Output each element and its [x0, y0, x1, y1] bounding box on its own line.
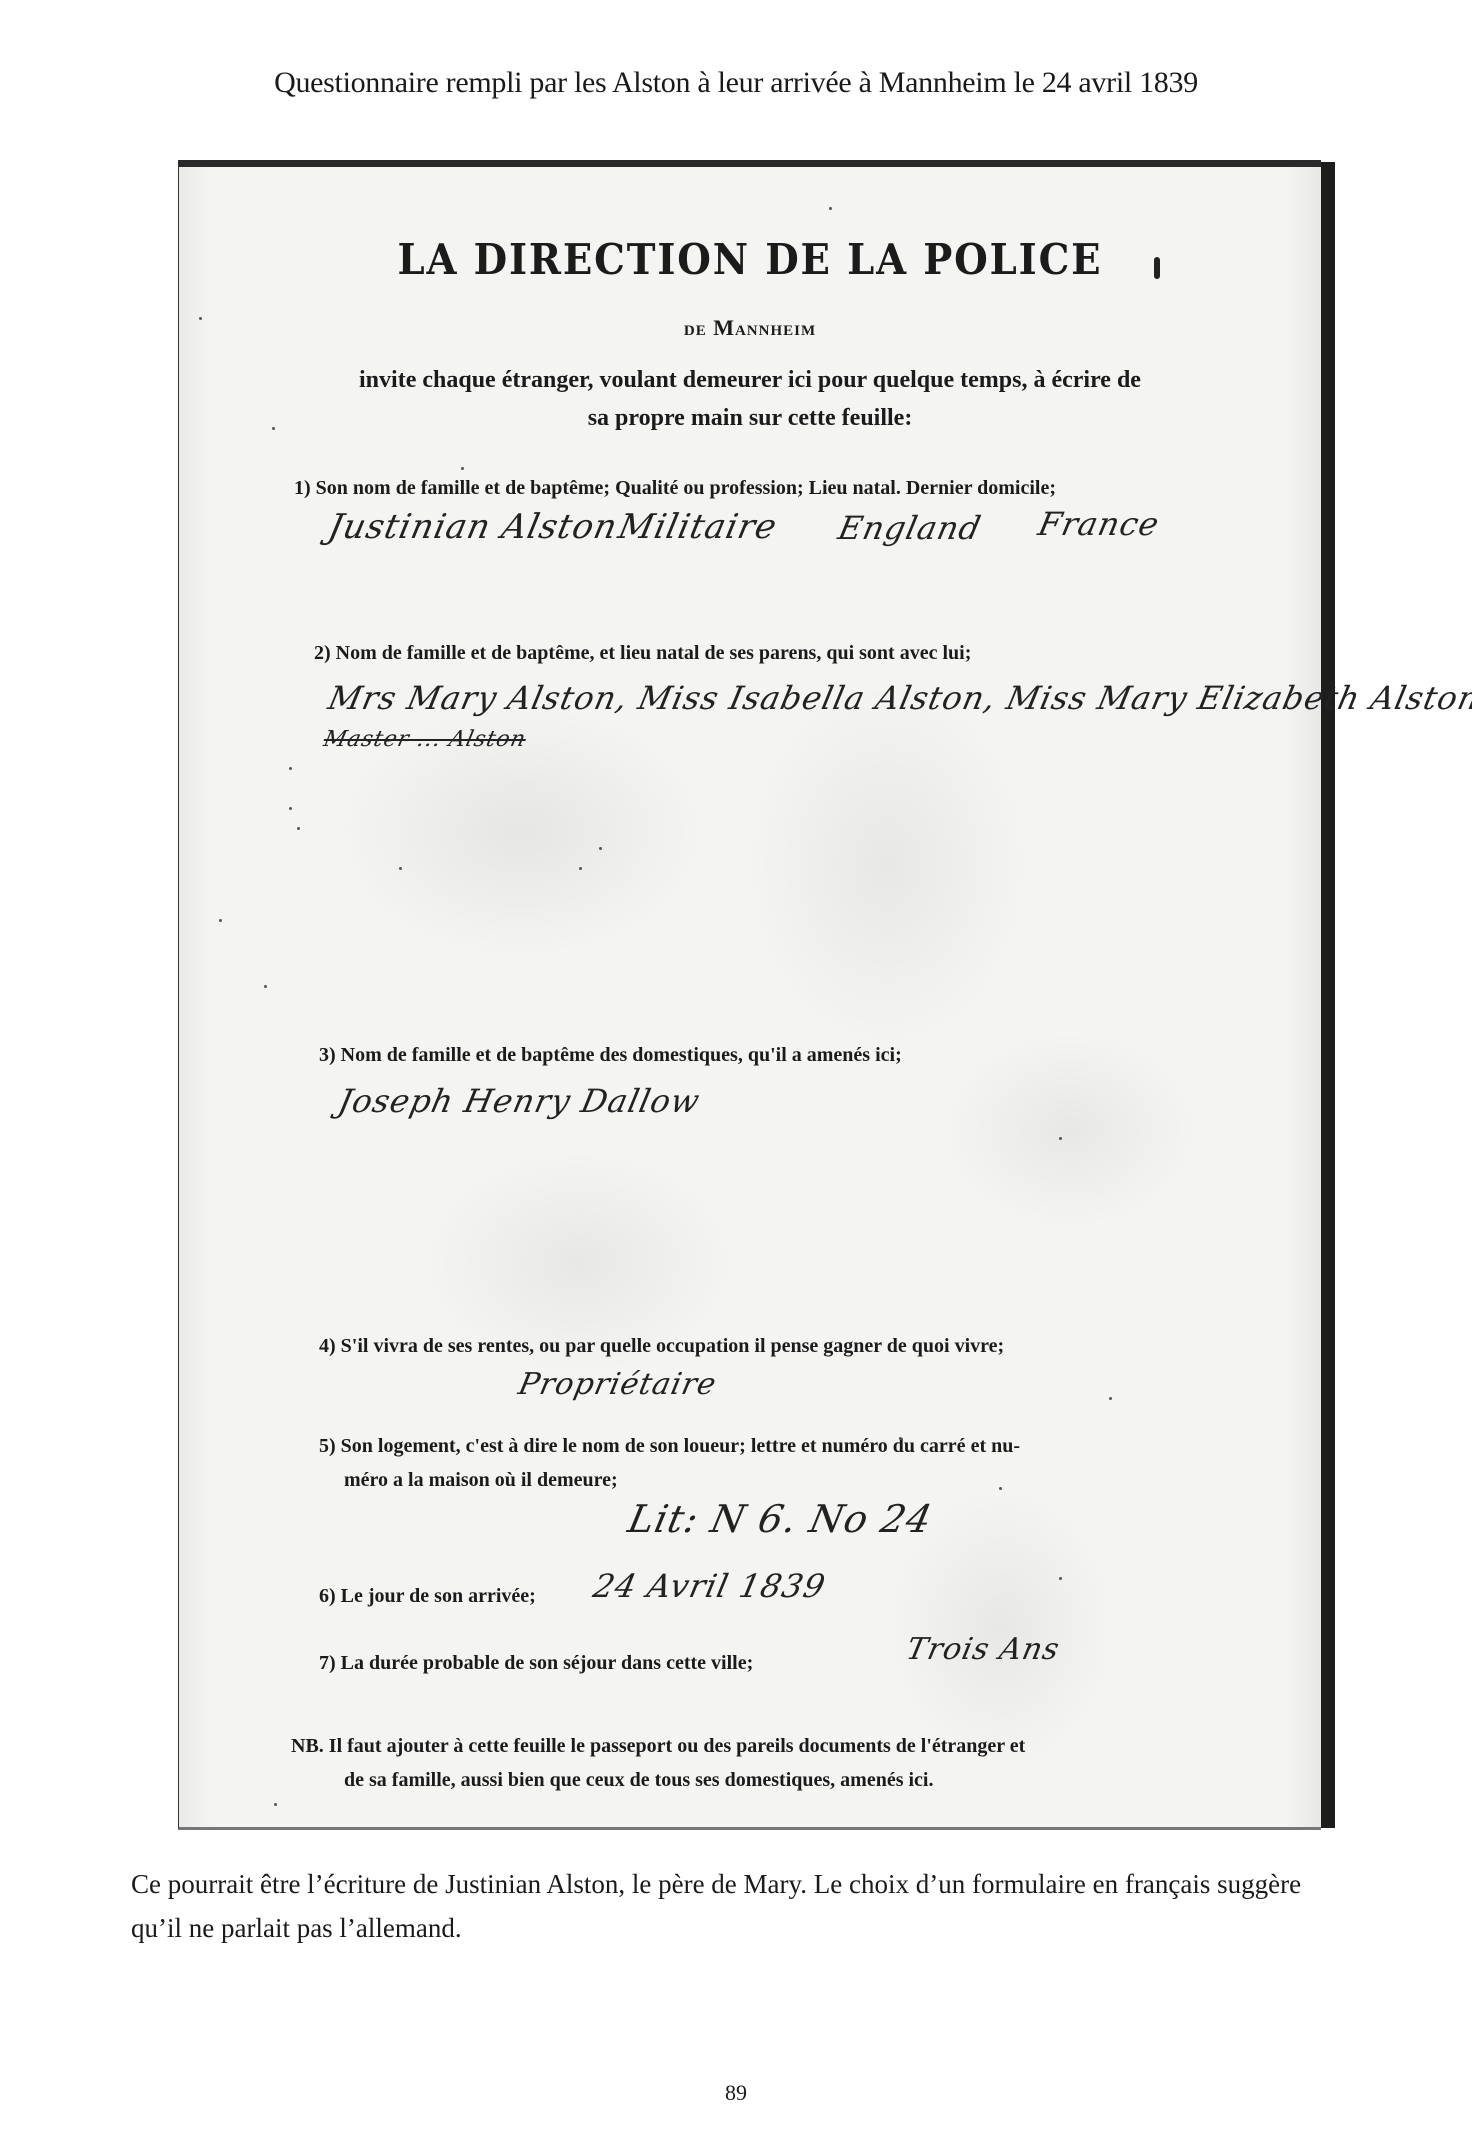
question-6-label: 6) Le jour de son arrivée;: [319, 1585, 536, 1608]
scan-speck: [899, 1437, 902, 1440]
answer-1-name: Justinian Alston: [325, 507, 622, 547]
scan-speck: [579, 867, 582, 870]
scan-speck: [599, 847, 602, 850]
answer-3-servants: Joseph Henry Dallow: [335, 1082, 704, 1120]
scan-speck: [829, 207, 832, 210]
answer-1-profession: Militaire: [615, 507, 781, 547]
question-2-label: 2) Nom de famille et de baptême, et lieu…: [314, 642, 971, 665]
answer-7-duration: Trois Ans: [903, 1632, 1063, 1667]
scan-speck: [219, 919, 222, 922]
scanned-form-image: LA DIRECTION DE LA POLICE de Mannheim in…: [178, 160, 1321, 1830]
scan-speck: [289, 807, 292, 810]
answer-2-struck-out: Master ... Alston: [321, 727, 528, 752]
nb-note-line-1: NB. Il faut ajouter à cette feuille le p…: [291, 1735, 1025, 1758]
question-1-label: 1) Son nom de famille et de baptême; Qua…: [294, 477, 1056, 500]
scan-speck: [999, 1487, 1002, 1490]
ink-blot: [1154, 257, 1160, 279]
answer-1-birthplace: England: [835, 509, 985, 547]
form-heading: LA DIRECTION DE LA POLICE: [225, 235, 1276, 284]
answer-6-arrival-date: 24 Avril 1839: [590, 1567, 829, 1605]
scan-speck: [272, 427, 275, 430]
scan-speck: [289, 767, 292, 770]
scan-speck: [1059, 1577, 1062, 1580]
question-4-label: 4) S'il vivra de ses rentes, ou par quel…: [319, 1335, 1004, 1358]
scan-speck: [1109, 1397, 1112, 1400]
scan-speck: [1059, 1137, 1062, 1140]
question-7-label: 7) La durée probable de son séjour dans …: [319, 1652, 753, 1675]
answer-2-relatives: Mrs Mary Alston, Miss Isabella Alston, M…: [325, 679, 1472, 717]
answer-5-lodging: Lit: N 6. No 24: [624, 1497, 936, 1541]
form-intro-line-2: sa propre main sur cette feuille:: [179, 405, 1321, 432]
question-5-label-line-1: 5) Son logement, c'est à dire le nom de …: [319, 1435, 1020, 1458]
form-subheading: de Mannheim: [179, 315, 1321, 341]
form-intro-line-1: invite chaque étranger, voulant demeurer…: [179, 367, 1321, 394]
answer-4-occupation: Propriétaire: [515, 1367, 720, 1402]
scan-speck: [461, 467, 464, 470]
scan-speck: [199, 317, 202, 320]
scan-speck: [274, 1803, 277, 1806]
scan-speck: [264, 985, 267, 988]
question-3-label: 3) Nom de famille et de baptême des dome…: [319, 1044, 902, 1067]
question-5-label-line-2: méro a la maison où il demeure;: [344, 1469, 618, 1492]
page-number: 89: [0, 2080, 1472, 2106]
scan-speck: [297, 827, 300, 830]
scan-speck: [399, 867, 402, 870]
figure-caption: Ce pourrait être l’écriture de Justinian…: [131, 1862, 1351, 1950]
answer-1-last-domicile: France: [1035, 505, 1163, 543]
nb-note-line-2: de sa famille, aussi bien que ceux de to…: [344, 1769, 933, 1792]
page-title: Questionnaire rempli par les Alston à le…: [0, 66, 1472, 100]
